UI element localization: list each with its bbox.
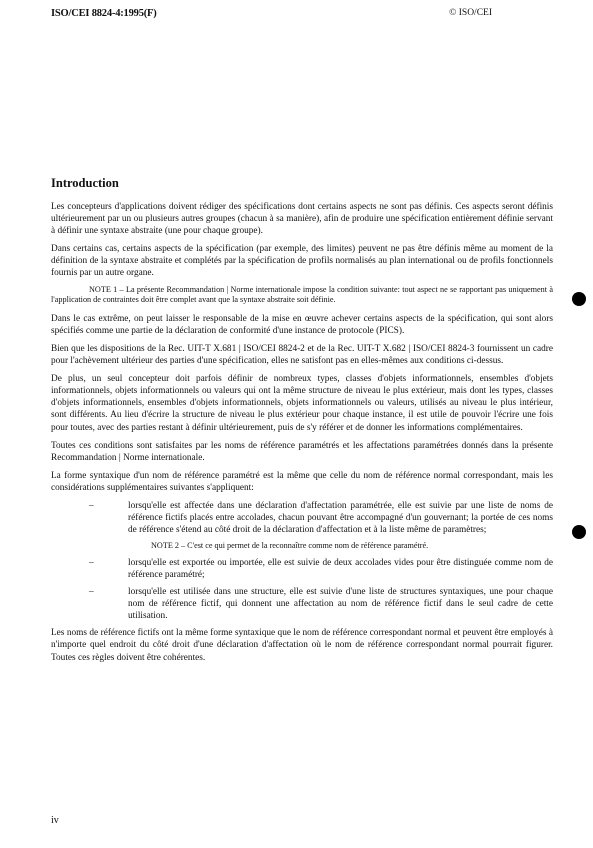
list-item: – lorsqu'elle est affectée dans une décl…: [51, 500, 553, 536]
note-2: NOTE 2 – C'est ce qui permet de la recon…: [51, 541, 553, 552]
list-item-text: lorsqu'elle est affectée dans une déclar…: [128, 501, 553, 535]
page-number: iv: [51, 815, 59, 826]
section-body: Les concepteurs d'applications doivent r…: [51, 201, 553, 670]
paragraph: Dans le cas extrême, on peut laisser le …: [51, 313, 553, 337]
paragraph: Les concepteurs d'applications doivent r…: [51, 201, 553, 237]
list-item-text: lorsqu'elle est utilisée dans une struct…: [128, 587, 553, 621]
revision-marker-dot: [572, 525, 586, 539]
list-item: – lorsqu'elle est exportée ou importée, …: [51, 557, 553, 581]
dash-bullet: –: [89, 586, 94, 598]
note-1: NOTE 1 – La présente Recommandation | No…: [51, 285, 553, 306]
paragraph: Bien que les dispositions de la Rec. UIT…: [51, 343, 553, 367]
copyright-notice: © ISO/CEI: [449, 8, 492, 18]
list-item: – lorsqu'elle est utilisée dans une stru…: [51, 586, 553, 622]
dash-bullet: –: [89, 557, 94, 569]
revision-marker-dot: [572, 292, 586, 306]
document-standard-id: ISO/CEI 8824-4:1995(F): [51, 8, 157, 19]
dash-bullet: –: [89, 500, 94, 512]
list-item-text: lorsqu'elle est exportée ou importée, el…: [128, 558, 553, 580]
paragraph: Toutes ces conditions sont satisfaites p…: [51, 440, 553, 464]
paragraph: Les noms de référence fictifs ont la mêm…: [51, 627, 553, 663]
section-title: Introduction: [51, 176, 119, 191]
paragraph: De plus, un seul concepteur doit parfois…: [51, 373, 553, 433]
note-1-text: NOTE 1 – La présente Recommandation | No…: [51, 285, 553, 305]
paragraph: Dans certains cas, certains aspects de l…: [51, 243, 553, 279]
paragraph: La forme syntaxique d'un nom de référenc…: [51, 470, 553, 494]
